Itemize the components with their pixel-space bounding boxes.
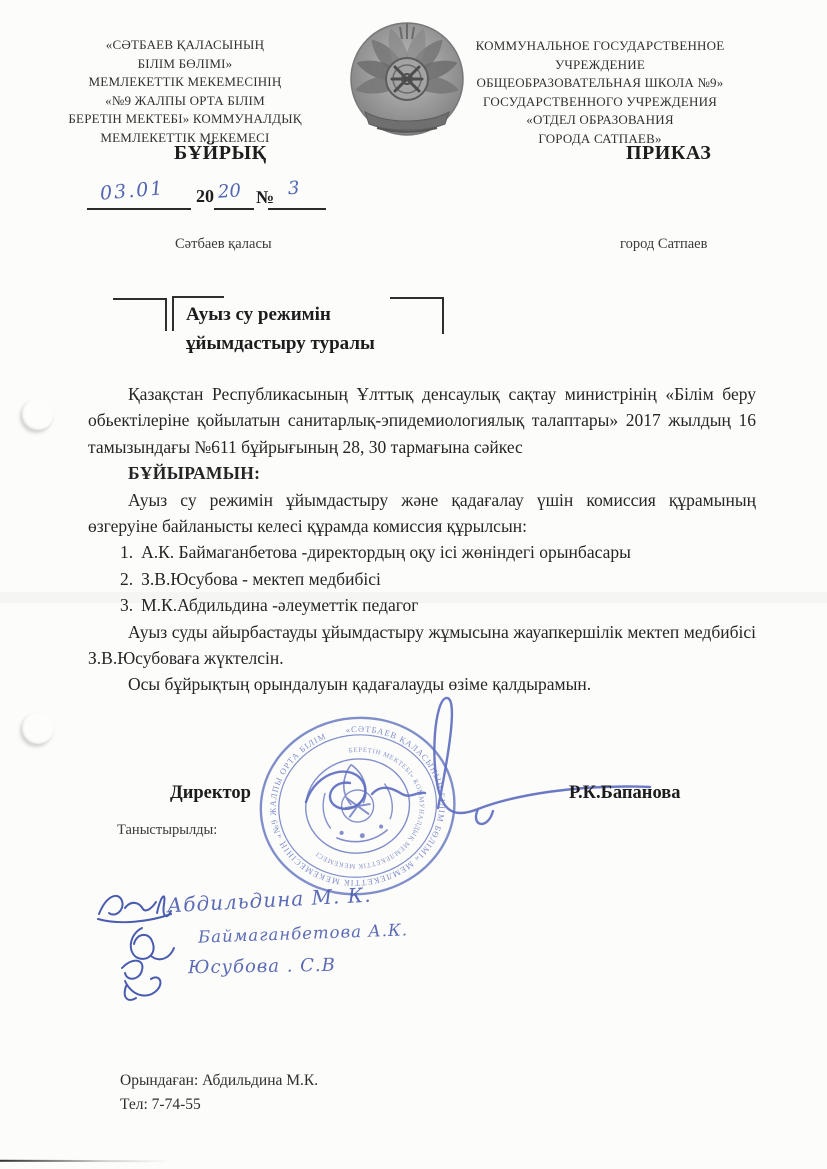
printed-year-prefix: 20 bbox=[196, 186, 214, 207]
scanned-order-document: «СӘТБАЕВ ҚАЛАСЫНЫҢ БІЛІМ БӨЛІМІ» МЕМЛЕКЕ… bbox=[0, 0, 827, 1169]
order-subject: Ауыз су режимін ұйымдастыру туралы bbox=[186, 300, 416, 358]
acknowledgement-name: Баймаганбетова А.К. bbox=[198, 920, 409, 946]
subject-line: ұйымдастыру туралы bbox=[186, 329, 416, 358]
org-kk-line: БІЛІМ БӨЛІМІ» bbox=[62, 55, 308, 74]
resolution-word: БҰЙЫРАМЫН: bbox=[88, 460, 756, 486]
body-paragraph-legal-basis: Қазақстан Республикасының Ұлттық денсаул… bbox=[88, 381, 756, 460]
list-item-text: М.К.Абдильдина -әлеуметтік педагог bbox=[141, 595, 418, 615]
org-ru-line: ГОСУДАРСТВЕННОГО УЧРЕЖДЕНИЯ bbox=[452, 93, 748, 112]
list-item-text: А.К. Баймаганбетова -директордың оқу ісі… bbox=[141, 542, 631, 562]
body-paragraph-responsibility: Ауыз суды айырбастауды ұйымдастыру жұмыс… bbox=[88, 619, 756, 672]
order-body: Қазақстан Республикасының Ұлттық денсаул… bbox=[88, 381, 756, 698]
body-paragraph-commission: Ауыз су режимін ұйымдастыру және қадағал… bbox=[88, 487, 756, 540]
punch-hole-bottom bbox=[22, 712, 54, 744]
list-item: 3.М.К.Абдильдина -әлеуметтік педагог bbox=[120, 592, 756, 618]
list-item-number: 1. bbox=[120, 542, 133, 562]
order-title-russian: ПРИКАЗ bbox=[626, 142, 711, 165]
signer-name: Р.К.Бапанова bbox=[569, 783, 681, 804]
executor-line: Орындаған: Абдильдина М.К. bbox=[120, 1069, 318, 1093]
signer-position-label: Директор bbox=[170, 783, 251, 804]
place-kazakh: Сәтбаев қаласы bbox=[175, 236, 272, 253]
list-item: 1.А.К. Баймаганбетова -директордың оқу і… bbox=[120, 539, 756, 565]
acknowledgement-name: Абдильдина М. К. bbox=[167, 883, 373, 918]
handwritten-signature-scribble bbox=[112, 952, 174, 1004]
phone-line: Тел: 7-74-55 bbox=[120, 1093, 318, 1117]
list-item-number: 3. bbox=[120, 595, 133, 615]
handwritten-order-number: 3 bbox=[287, 178, 300, 200]
commission-members-list: 1.А.К. Баймаганбетова -директордың оқу і… bbox=[120, 539, 756, 618]
org-kk-line: МЕМЛЕКЕТТІК МЕКЕМЕСІНІҢ bbox=[62, 73, 308, 92]
acknowledged-label: Таныстырылды: bbox=[117, 822, 217, 839]
org-kk-line: «№9 ЖАЛПЫ ОРТА БІЛІМ bbox=[62, 92, 308, 111]
acknowledgement-row: Юсубова . С.В bbox=[112, 952, 174, 1004]
director-signature bbox=[278, 686, 658, 841]
order-title-kazakh: БҰЙРЫҚ bbox=[174, 142, 267, 165]
list-item-text: З.В.Юсубова - мектеп медбибісі bbox=[141, 569, 381, 589]
executor-block: Орындаған: Абдильдина М.К. Тел: 7-74-55 bbox=[120, 1069, 318, 1116]
org-ru-line: ОБЩЕОБРАЗОВАТЕЛЬНАЯ ШКОЛА №9» bbox=[452, 74, 748, 93]
place-russian: город Сатпаев bbox=[620, 236, 707, 253]
org-name-kazakh: «СӘТБАЕВ ҚАЛАСЫНЫҢ БІЛІМ БӨЛІМІ» МЕМЛЕКЕ… bbox=[62, 36, 308, 147]
org-name-russian: КОММУНАЛЬНОЕ ГОСУДАРСТВЕННОЕ УЧРЕЖДЕНИЕ … bbox=[452, 37, 748, 148]
scan-artifact-bottom-line bbox=[0, 1160, 170, 1163]
org-ru-line: «ОТДЕЛ ОБРАЗОВАНИЯ bbox=[452, 111, 748, 130]
acknowledgement-name: Юсубова . С.В bbox=[188, 955, 336, 979]
date-number-line: 03.01 20 20 № 3 bbox=[0, 180, 827, 216]
handwritten-year: 20 bbox=[217, 180, 241, 203]
list-item: 2.З.В.Юсубова - мектеп медбибісі bbox=[120, 566, 756, 592]
corner-mark-left bbox=[113, 298, 167, 331]
punch-hole-top bbox=[22, 398, 54, 430]
org-ru-line: КОММУНАЛЬНОЕ ГОСУДАРСТВЕННОЕ bbox=[452, 37, 748, 56]
org-kk-line: БЕРЕТІН МЕКТЕБІ» КОММУНАЛДЫҚ bbox=[62, 110, 308, 129]
subject-line: Ауыз су режимін bbox=[186, 300, 416, 329]
org-kk-line: «СӘТБАЕВ ҚАЛАСЫНЫҢ bbox=[62, 36, 308, 55]
list-item-number: 2. bbox=[120, 569, 133, 589]
org-ru-line: УЧРЕЖДЕНИЕ bbox=[452, 56, 748, 75]
